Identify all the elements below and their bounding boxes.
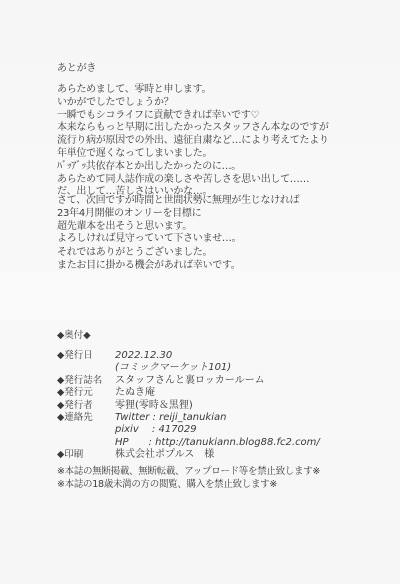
colophon-row: ◆発行者 零狸(零時＆黒狸) <box>57 400 320 412</box>
text-line: あらためて同人誌作成の楽しさや苦しさを思い出して…… <box>57 174 329 187</box>
text-line: よろしければ見守っていて下さいませ…。 <box>57 233 299 246</box>
colophon-label <box>57 362 115 374</box>
colophon-row: HP : http://tanukiann.blog88.fc2.com/ <box>57 437 320 449</box>
text-line: 流行り病が原因での外出、遠征自粛など…により考えてたより <box>57 135 329 148</box>
text-line: ﾊﾞｯｱﾞｯ共依存本とか出したかったのに…。 <box>57 161 329 174</box>
colophon-value: スタッフさんと裏ロッカールーム <box>115 375 265 387</box>
colophon-label: ◆発行者 <box>57 400 115 412</box>
afterword-heading: あとがき <box>57 62 96 75</box>
colophon-value: (コミックマーケット101) <box>115 362 231 374</box>
text-line: いかがでしたでしょうか？ <box>57 97 329 110</box>
text-line: 23年4月開催のオンリーを目標に <box>57 208 299 221</box>
colophon-label: ◆発行誌名 <box>57 375 115 387</box>
colophon-value: HP : http://tanukiann.blog88.fc2.com/ <box>115 437 320 449</box>
colophon-title: ◆奥付◆ <box>57 327 91 341</box>
text-line: それではありがとうございました。 <box>57 247 241 260</box>
colophon-label: ◆連絡先 <box>57 412 115 424</box>
colophon-row: ◆発行元 たぬき庵 <box>57 387 320 399</box>
text-line: 超先輩本を出そうと思います。 <box>57 221 299 234</box>
colophon-label <box>57 424 115 436</box>
colophon-value: Twitter : reiji_tanukian <box>115 412 226 424</box>
colophon-value: 零狸(零時＆黒狸) <box>115 400 193 412</box>
colophon-label <box>57 437 115 449</box>
colophon-table: ◆発行日 2022.12.30 (コミックマーケット101) ◆発行誌名 スタッ… <box>57 350 320 462</box>
colophon-row: ◆発行日 2022.12.30 <box>57 350 320 362</box>
colophon-value: 株式会社ポプルス 様 <box>115 449 214 461</box>
notice-line: ※本誌の無断掲載、無断転載、アップロード等を禁止致します※ <box>57 466 320 479</box>
colophon-label: ◆発行日 <box>57 350 115 362</box>
colophon-row: ◆発行誌名 スタッフさんと裏ロッカールーム <box>57 375 320 387</box>
copyright-notes: ※本誌の無断掲載、無断転載、アップロード等を禁止致します※ ※本誌の18歳未満の… <box>57 466 320 491</box>
colophon-value: たぬき庵 <box>115 387 155 399</box>
colophon-label: ◆発行元 <box>57 387 115 399</box>
afterword-paragraph-2: さて、次回ですが時間と世間状勢に無理が生じなければ 23年4月開催のオンリーを目… <box>57 195 299 246</box>
colophon-row: ◆印刷 株式会社ポプルス 様 <box>57 449 320 461</box>
afterword-paragraph-3: それではありがとうございました。 またお目に掛かる機会があれば幸いです。 <box>57 247 241 273</box>
colophon-row: pixiv : 417029 <box>57 424 320 436</box>
text-line: さて、次回ですが時間と世間状勢に無理が生じなければ <box>57 195 299 208</box>
afterword-page: あとがき あらためまして、零時と申します。 いかがでしたでしょうか？ 一瞬でもシ… <box>0 0 400 584</box>
colophon-row: ◆連絡先 Twitter : reiji_tanukian <box>57 412 320 424</box>
text-line: 年単位で遅くなってしまいました。 <box>57 148 329 161</box>
colophon-label: ◆印刷 <box>57 449 115 461</box>
notice-line: ※本誌の18歳未満の方の閲覧、購入を禁止致します※ <box>57 479 320 492</box>
text-line: 本来ならもっと早期に出したかったスタッフさん本なのですが <box>57 122 329 135</box>
text-line: あらためまして、零時と申します。 <box>57 84 329 97</box>
colophon-value: pixiv : 417029 <box>115 424 197 436</box>
text-line: またお目に掛かる機会があれば幸いです。 <box>57 260 241 273</box>
text-line: 一瞬でもシコライフに貢献できれば幸いです♡ <box>57 110 329 123</box>
colophon-value: 2022.12.30 <box>115 350 172 362</box>
afterword-paragraph-1: あらためまして、零時と申します。 いかがでしたでしょうか？ 一瞬でもシコライフに… <box>57 84 329 199</box>
colophon-row: (コミックマーケット101) <box>57 362 320 374</box>
